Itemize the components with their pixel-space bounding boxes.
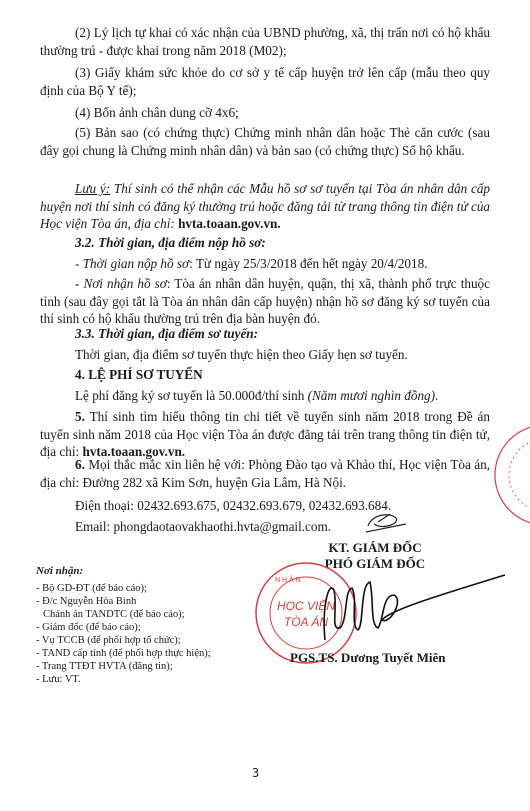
section-3-3-text: Thời gian, địa điểm sơ tuyển thực hiện t…	[75, 346, 408, 364]
phone-line: Điện thoại: 02432.693.675, 02432.693.679…	[75, 497, 391, 515]
fee-text: Lệ phí đăng ký sơ tuyển là 50.000đ/thí s…	[75, 387, 438, 405]
initial-signature-icon	[360, 508, 410, 536]
recipient-item: - Trang TTĐT HVTA (đăng tin);	[36, 660, 211, 673]
item-5: (5) Bản sao (có chứng thực) Chứng minh n…	[40, 124, 490, 159]
submission-place: - Nơi nhận hồ sơ: Tòa án nhân dân huyện,…	[40, 275, 490, 328]
recipient-item: - Lưu: VT.	[36, 673, 211, 686]
recipient-item: - TAND cấp tỉnh (để phối hợp thực hiện);	[36, 647, 211, 660]
item-2: (2) Lý lịch tự khai có xác nhận của UBND…	[40, 24, 490, 59]
section-5: 5. Thí sinh tìm hiểu thông tin chi tiết …	[40, 408, 490, 461]
item-3: (3) Giấy khám sức khỏe do cơ sở y tế cấp…	[40, 64, 490, 99]
recipient-item: - Giám đốc (để báo cáo);	[36, 621, 211, 634]
signature-icon	[320, 570, 510, 650]
signer-name: PGS.TS. Dương Tuyết Miên	[290, 650, 446, 666]
section-3-3-heading: 3.3. Thời gian, địa điểm sơ tuyển:	[75, 325, 258, 343]
email-line[interactable]: Email: phongdaotaovakhaothi.hvta@gmail.c…	[75, 518, 331, 536]
recipient-item: - Vụ TCCB (để phối hợp tổ chức);	[36, 634, 211, 647]
document-page: (2) Lý lịch tự khai có xác nhận của UBND…	[0, 0, 530, 811]
recipient-item: - Bộ GD-ĐT (để báo cáo);	[36, 582, 211, 595]
recipient-item: - Đ/c Nguyễn Hòa Bình	[36, 595, 211, 608]
section-3-2-heading: 3.2. Thời gian, địa điểm nộp hồ sơ:	[75, 234, 266, 252]
section-6: 6. Mọi thắc mắc xin liên hệ với: Phòng Đ…	[40, 456, 490, 491]
section-4-heading: 4. LỆ PHÍ SƠ TUYỂN	[75, 366, 203, 384]
svg-text:N H Â N: N H Â N	[275, 575, 301, 584]
submission-time: - Thời gian nộp hồ sơ: Từ ngày 25/3/2018…	[75, 255, 428, 273]
note: Lưu ý: Thí sinh có thể nhận các Mẫu hồ s…	[40, 180, 490, 233]
signature-title-1: KT. GIÁM ĐỐC	[290, 540, 460, 556]
website-link[interactable]: hvta.toaan.gov.vn.	[178, 216, 281, 231]
item-4: (4) Bốn ảnh chân dung cỡ 4x6;	[75, 104, 239, 122]
recipients-list: Nơi nhận: - Bộ GD-ĐT (để báo cáo); - Đ/c…	[36, 565, 211, 686]
page-number: 3	[252, 766, 259, 780]
note-label: Lưu ý:	[75, 181, 110, 196]
partial-stamp-icon	[490, 420, 530, 530]
recipient-item: Chánh án TANDTC (để báo cáo);	[36, 608, 211, 621]
